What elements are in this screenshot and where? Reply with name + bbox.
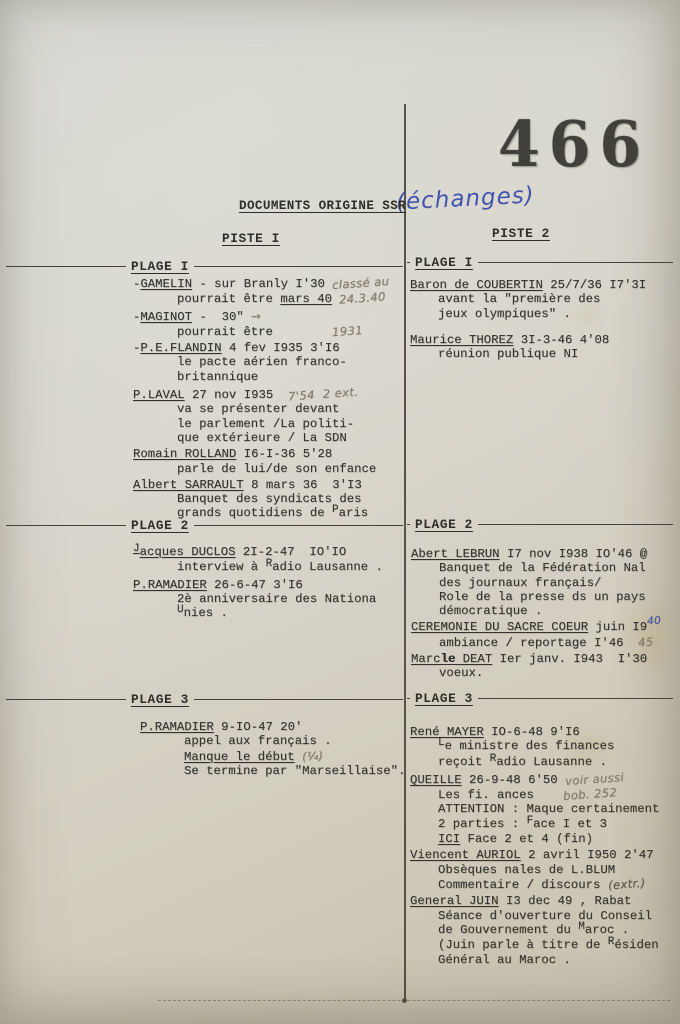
typed-text: ambiance / reportage I'46: [439, 636, 638, 650]
typed-text: I3 dec 49 , Rabat: [499, 894, 632, 908]
plage-entries: -GAMELIN - sur Branly I'30 classé aupour…: [133, 276, 405, 524]
entry-line: ATTENTION : Maque certainement: [410, 802, 678, 816]
typed-text: adio Lausanne .: [272, 560, 383, 574]
typed-text: R: [608, 936, 615, 948]
typed-text: L: [438, 737, 445, 749]
entry-line: pourrait être 1931: [133, 324, 405, 339]
entry-line: Manque le début (¼): [140, 749, 406, 764]
typed-text: 2è anniversaire des Nationa: [177, 592, 376, 606]
entry-line: Séance d'ouverture du Conseil: [410, 909, 678, 923]
typed-text: pourrait être: [177, 292, 280, 306]
catalog-entry: Viencent AURIOL 2 avril I950 2'47Obsèque…: [410, 848, 678, 892]
underlined-text: Albert SARRAULT: [133, 478, 244, 492]
entry-line: Role de la presse ds un pays: [411, 590, 677, 604]
plage-label: PLAGE 2: [131, 518, 189, 533]
typed-text: Ier janv. I943 I'30: [492, 652, 647, 666]
page-bottom-edge-line: [158, 1000, 670, 1001]
plage-rule: [6, 525, 126, 526]
underlined-text: QUEILLE: [410, 773, 462, 787]
typed-text: ATTENTION : Maque certainement: [438, 802, 659, 816]
catalog-entry: -MAGINOT - 30" →pourrait être 1931: [133, 309, 405, 340]
plage-rule: [6, 266, 126, 267]
catalog-entry: Marcle DEAT Ier janv. I943 I'30voeux.: [411, 652, 677, 681]
entry-line: Marcle DEAT Ier janv. I943 I'30: [411, 652, 677, 666]
entry-line: Romain ROLLAND I6-I-36 5'28: [133, 447, 405, 461]
typed-text: [273, 325, 332, 339]
plage-label: PLAGE I: [415, 255, 473, 270]
typed-text: nies .: [184, 606, 228, 620]
catalog-entry: P.RAMADIER 9-IO-47 20'appel aux français…: [140, 720, 406, 778]
plage-label: PLAGE 3: [415, 691, 473, 706]
typed-text: le parlement /La politi-: [177, 417, 354, 431]
typed-text: parle de lui/de son enfance: [177, 462, 376, 476]
entry-line: CEREMONIE DU SACRE COEUR juin I940: [411, 620, 677, 634]
entry-line: 2 parties : Face I et 3: [410, 817, 678, 832]
entry-line: interview à Radio Lausanne .: [133, 560, 405, 575]
catalog-entry: Baron de COUBERTIN 25/7/36 I7'3Iavant la…: [410, 278, 676, 321]
typed-text: Role de la presse ds un pays: [439, 590, 646, 604]
entry-line: -MAGINOT - 30" →: [133, 309, 405, 324]
catalog-entry: P.LAVAL 27 nov I935 7'54 2 ext.va se pré…: [133, 387, 405, 445]
underlined-text: Manque le début: [184, 750, 295, 764]
typed-text: Commentaire / discours: [438, 878, 608, 892]
plage-rule: [194, 266, 403, 267]
entry-line: le parlement /La politi-: [133, 417, 405, 431]
plage-heading-row: PLAGE 3: [6, 691, 403, 707]
typed-text: IO-6-48 9'I6: [484, 725, 580, 739]
entry-line: ICI Face 2 et 4 (fin): [410, 832, 678, 846]
typed-text: P: [332, 504, 339, 516]
plage-entries: Baron de COUBERTIN 25/7/36 I7'3Iavant la…: [410, 278, 676, 363]
typed-text: 2I-2-47 IO'IO: [236, 545, 347, 559]
underlined-text: P.E.FLANDIN: [140, 341, 221, 355]
entry-line: Maurice THOREZ 3I-3-46 4'08: [410, 333, 676, 347]
underlined-text: Baron de COUBERTIN: [410, 278, 543, 292]
plage-rule: [407, 698, 410, 699]
entry-line: P.RAMADIER 26-6-47 3'I6: [133, 578, 405, 592]
underlined-text: Maurice THOREZ: [410, 333, 513, 347]
entry-line: réunion publique NI: [410, 347, 676, 361]
entry-line: Banquet de la Fédération Nal: [411, 561, 677, 575]
plage-entries: René MAYER IO-6-48 9'I6Le ministre des f…: [410, 719, 678, 970]
catalog-entry: Albert SARRAULT 8 mars 36 3'I3Banquet de…: [133, 478, 405, 522]
entry-line: de Gouvernement du Maroc .: [410, 923, 678, 938]
typed-text: R: [490, 753, 497, 765]
catalog-entry: Jacques DUCLOS 2I-2-47 IO'IOinterview à …: [133, 545, 405, 576]
typed-text: des journaux français/: [439, 576, 601, 590]
underlined-text: Abert LEBRUN: [411, 547, 500, 561]
entry-line: QUEILLE 26-9-48 6'50 voir aussi: [410, 772, 678, 787]
typed-text: 27 nov I935: [185, 388, 288, 402]
plage-rule: [194, 699, 403, 700]
plage-heading-row: PLAGE 2: [407, 516, 673, 532]
catalog-entry: General JUIN I3 dec 49 , RabatSéance d'o…: [410, 894, 678, 967]
plage-rule: [478, 262, 673, 263]
typed-text: 25/7/36 I7'3I: [543, 278, 646, 292]
plage-label: PLAGE 3: [131, 692, 189, 707]
typed-text: appel aux français .: [184, 734, 332, 748]
entry-line: avant la "première des: [410, 292, 676, 306]
underlined-text: acques DUCLOS: [140, 545, 236, 559]
underlined-text: Marc: [411, 652, 441, 666]
entry-line: jeux olympiques" .: [410, 307, 676, 321]
entry-line: Les fi. ances bob. 252: [410, 787, 678, 802]
typed-text: - 30": [192, 310, 251, 324]
entry-line: pourrait être mars 40 24.3.40: [133, 291, 405, 306]
typed-text: Face 2 et 4 (fin): [460, 832, 593, 846]
typed-text: pourrait être: [177, 325, 273, 339]
piste-2-header: PISTE 2: [492, 226, 550, 241]
entry-line: Viencent AURIOL 2 avril I950 2'47: [410, 848, 678, 862]
entry-line: -P.E.FLANDIN 4 fev I935 3'I6: [133, 341, 405, 355]
entry-line: Commentaire / discours (extr.): [410, 877, 678, 892]
catalog-entry: -GAMELIN - sur Branly I'30 classé aupour…: [133, 276, 405, 307]
entry-line: Baron de COUBERTIN 25/7/36 I7'3I: [410, 278, 676, 292]
catalog-entry: -P.E.FLANDIN 4 fev I935 3'I6le pacte aér…: [133, 341, 405, 384]
plage-heading-row: PLAGE 3: [407, 690, 673, 706]
underlined-text: J: [133, 543, 140, 555]
typed-text: aroc .: [585, 923, 629, 937]
typed-text: 4 fev I935 3'I6: [222, 341, 340, 355]
entry-line: appel aux français .: [140, 734, 406, 748]
handwritten-annotation: (¼): [302, 748, 324, 764]
handwritten-annotation: 40: [647, 614, 662, 629]
plage-label: PLAGE 2: [415, 517, 473, 532]
entry-line: (Juin parle à titre de Résiden: [410, 938, 678, 953]
typed-text: U: [177, 604, 184, 616]
typed-text: Général au Maroc .: [438, 953, 571, 967]
document-scan: 466 (échanges) DOCUMENTS ORIGINE SSR PIS…: [0, 0, 680, 1024]
entry-line: P.RAMADIER 9-IO-47 20': [140, 720, 406, 734]
typed-text: le pacte aérien franco-: [177, 355, 347, 369]
typed-text: avant la "première des: [438, 292, 600, 306]
plage-rule: [194, 525, 403, 526]
typed-text: voeux.: [439, 666, 483, 680]
entry-line: P.LAVAL 27 nov I935 7'54 2 ext.: [133, 387, 405, 402]
typed-text: que extérieure / La SDN: [177, 431, 347, 445]
typed-text: F: [527, 815, 534, 827]
catalog-entry: René MAYER IO-6-48 9'I6Le ministre des f…: [410, 725, 678, 770]
entry-line: Abert LEBRUN I7 nov I938 IO'46 @: [411, 547, 677, 561]
handwritten-annotation: 45: [638, 634, 654, 649]
plage-label: PLAGE I: [131, 259, 189, 274]
underlined-text: CEREMONIE DU SACRE COEUR: [411, 620, 588, 634]
catalog-entry: QUEILLE 26-9-48 6'50 voir aussiLes fi. a…: [410, 772, 678, 846]
typed-text: M: [578, 921, 585, 933]
underlined-text: General JUIN: [410, 894, 499, 908]
typed-text: 26-6-47 3'I6: [207, 578, 303, 592]
entry-line: des journaux français/: [411, 576, 677, 590]
entry-line: va se présenter devant: [133, 402, 405, 416]
typed-text: Banquet de la Fédération Nal: [439, 561, 646, 575]
typed-text: 9-IO-47 20': [214, 720, 303, 734]
archive-number-stamp: 466: [498, 109, 650, 182]
underlined-text: GAMELIN: [140, 277, 192, 291]
handwritten-annotation: (extr.): [607, 876, 645, 893]
entry-line: ambiance / reportage I'46 45: [411, 635, 677, 650]
typed-text: I6-I-36 5'28: [236, 447, 332, 461]
typed-text: jeux olympiques" .: [438, 307, 571, 321]
underlined-text: ICI: [438, 832, 460, 846]
underlined-text: DEAT: [455, 652, 492, 666]
typed-text: reçoit: [438, 755, 490, 769]
typed-text: ace I et 3: [533, 817, 607, 831]
plage-rule: [407, 262, 410, 263]
catalog-entry: P.RAMADIER 26-6-47 3'I62è anniversaire d…: [133, 578, 405, 622]
handwritten-echanges-annotation: (échanges): [395, 182, 535, 215]
typed-text: 8 mars 36 3'I3: [244, 478, 362, 492]
typed-text: juin I9: [588, 620, 647, 634]
entry-line: Le ministre des finances: [410, 739, 678, 754]
typed-text: 26-9-48 6'50: [462, 773, 565, 787]
entry-line: Général au Maroc .: [410, 953, 678, 967]
catalog-entry: CEREMONIE DU SACRE COEUR juin I940ambian…: [411, 620, 677, 650]
plage-heading-row: PLAGE I: [407, 254, 673, 270]
typed-text: Obsèques nales de L.BLUM: [438, 863, 615, 877]
underlined-text: P.LAVAL: [133, 388, 185, 402]
typed-text: britannique: [177, 370, 258, 384]
typed-text: R: [266, 558, 273, 570]
entry-line: que extérieure / La SDN: [133, 431, 405, 445]
underlined-text: le: [441, 652, 456, 666]
entry-line: -GAMELIN - sur Branly I'30 classé au: [133, 276, 405, 291]
typed-text: démocratique .: [439, 604, 542, 618]
typed-text: adio Lausanne .: [496, 755, 607, 769]
entry-line: voeux.: [411, 666, 677, 680]
plage-entries: Abert LEBRUN I7 nov I938 IO'46 @Banquet …: [411, 542, 677, 683]
typed-text: 2 avril I950 2'47: [521, 848, 654, 862]
handwritten-annotation: bob. 252: [563, 785, 618, 803]
document-title: DOCUMENTS ORIGINE SSR: [239, 199, 406, 213]
entry-line: le pacte aérien franco-: [133, 355, 405, 369]
typed-text: I7 nov I938 IO'46 @: [500, 547, 648, 561]
entry-line: René MAYER IO-6-48 9'I6: [410, 725, 678, 739]
underlined-text: mars 40: [280, 292, 332, 306]
typed-text: 2 parties :: [438, 817, 527, 831]
underlined-text: René MAYER: [410, 725, 484, 739]
piste-1-header: PISTE I: [222, 231, 280, 246]
plage-rule: [478, 698, 673, 699]
catalog-entry: Romain ROLLAND I6-I-36 5'28parle de lui/…: [133, 447, 405, 476]
handwritten-annotation: 7'54 2 ext.: [288, 385, 359, 404]
typed-text: e ministre des finances: [445, 739, 615, 753]
entry-line: General JUIN I3 dec 49 , Rabat: [410, 894, 678, 908]
underlined-text: P.RAMADIER: [133, 578, 207, 592]
entry-line: Obsèques nales de L.BLUM: [410, 863, 678, 877]
entry-line: démocratique .: [411, 604, 677, 618]
underlined-text: P.RAMADIER: [140, 720, 214, 734]
typed-text: ésiden: [614, 938, 658, 952]
underlined-text: Romain ROLLAND: [133, 447, 236, 461]
plage-rule: [6, 699, 126, 700]
typed-text: - sur Branly I'30: [192, 277, 332, 291]
plage-rule: [407, 524, 410, 525]
entry-line: Banquet des syndicats des: [133, 492, 405, 506]
underlined-text: Viencent AURIOL: [410, 848, 521, 862]
entry-line: Unies .: [133, 606, 405, 621]
catalog-entry: Abert LEBRUN I7 nov I938 IO'46 @Banquet …: [411, 547, 677, 618]
plage-entries: P.RAMADIER 9-IO-47 20'appel aux français…: [140, 720, 406, 780]
typed-text: de Gouvernement du: [438, 923, 578, 937]
entry-line: Albert SARRAULT 8 mars 36 3'I3: [133, 478, 405, 492]
plage-rule: [478, 524, 673, 525]
entry-line: reçoit Radio Lausanne .: [410, 755, 678, 770]
plage-heading-row: PLAGE 2: [6, 517, 403, 533]
handwritten-annotation: →: [251, 308, 262, 323]
handwritten-annotation: 1931: [332, 323, 364, 339]
typed-text: Les fi. ances: [438, 788, 563, 802]
entry-line: Se termine par "Marseillaise".: [140, 764, 406, 778]
entry-line: 2è anniversaire des Nationa: [133, 592, 405, 606]
underlined-text: MAGINOT: [140, 310, 192, 324]
typed-text: réunion publique NI: [438, 347, 578, 361]
typed-text: Se termine par "Marseillaise".: [184, 764, 405, 778]
handwritten-annotation: 24.3.40: [339, 290, 387, 308]
plage-entries: Jacques DUCLOS 2I-2-47 IO'IOinterview à …: [133, 545, 405, 623]
typed-text: 3I-3-46 4'08: [513, 333, 609, 347]
entry-line: britannique: [133, 370, 405, 384]
plage-heading-row: PLAGE I: [6, 258, 403, 274]
typed-text: interview à: [177, 560, 266, 574]
typed-text: va se présenter devant: [177, 402, 339, 416]
typed-text: Séance d'ouverture du Conseil: [438, 909, 652, 923]
catalog-entry: Maurice THOREZ 3I-3-46 4'08réunion publi…: [410, 333, 676, 362]
typed-text: (Juin parle à titre de: [438, 938, 608, 952]
entry-line: parle de lui/de son enfance: [133, 462, 405, 476]
